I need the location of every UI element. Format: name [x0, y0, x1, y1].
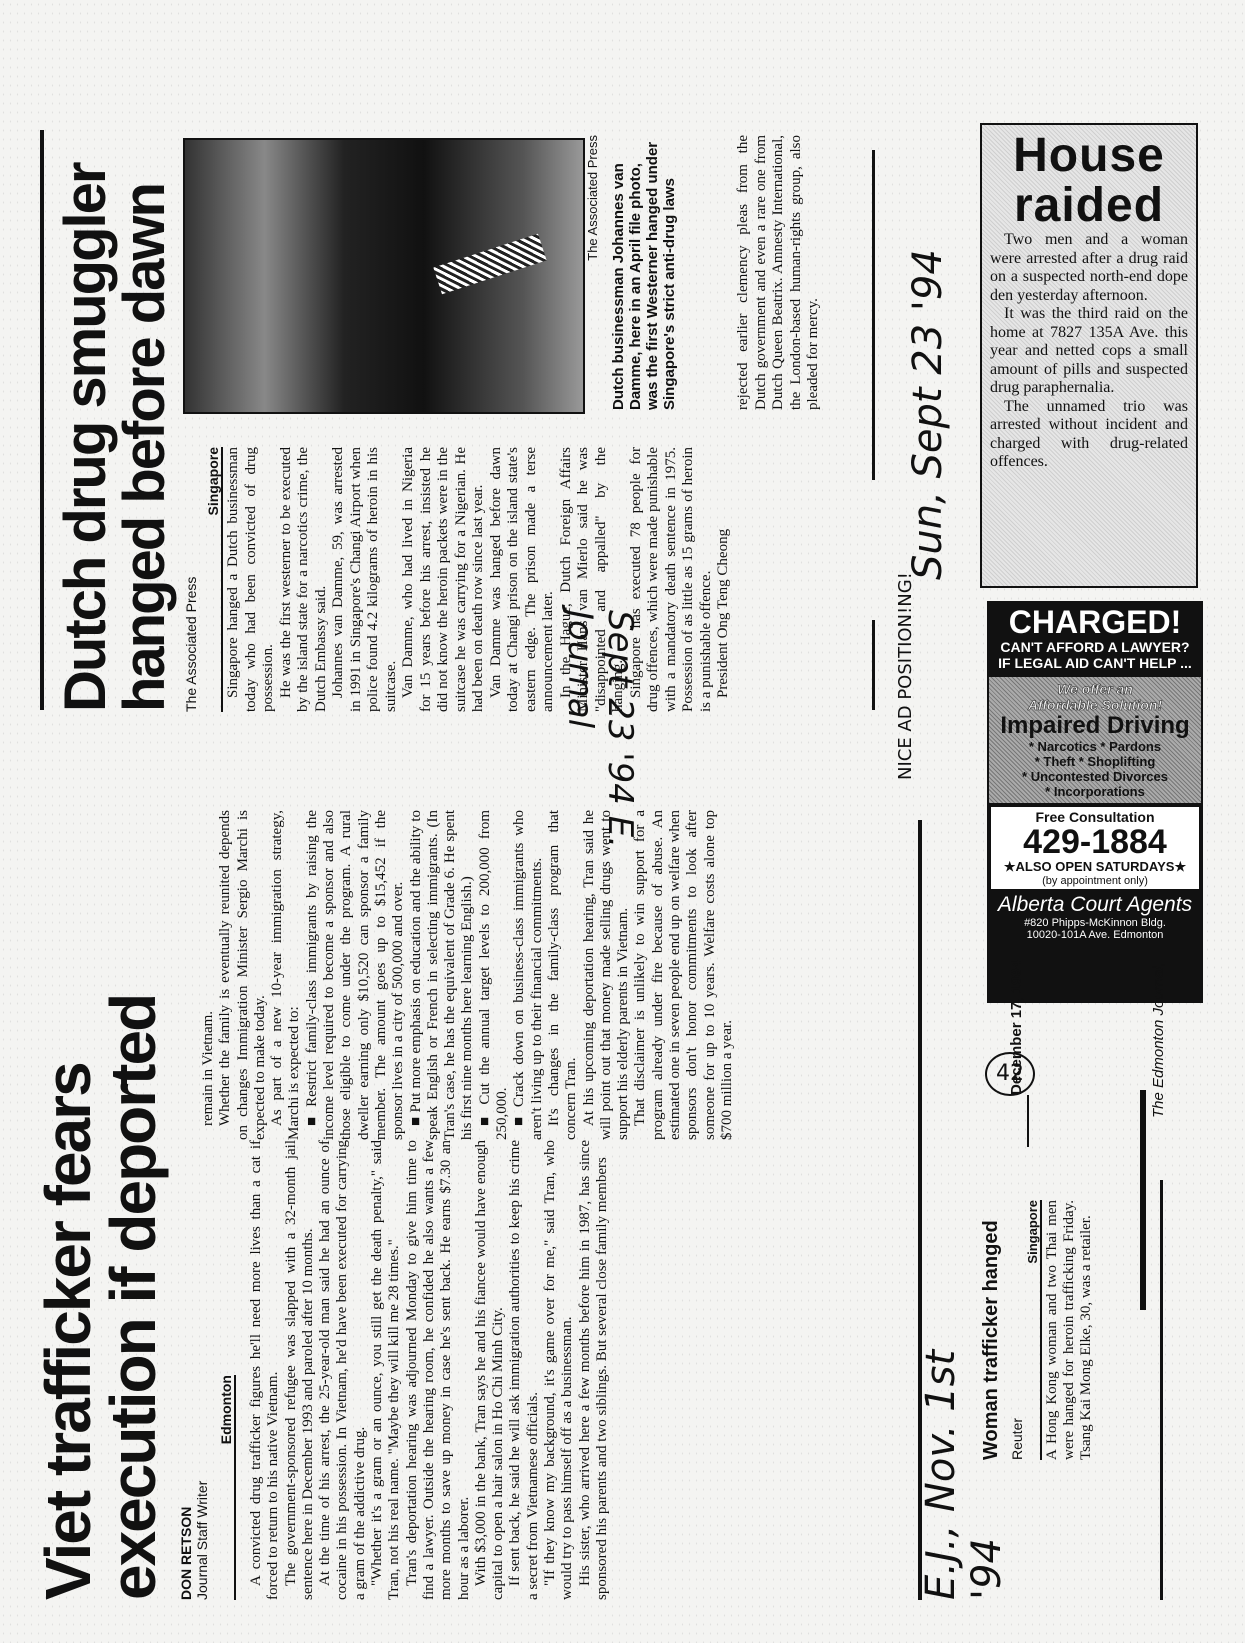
ad-saturdays: ★ALSO OPEN SATURDAYS★	[991, 859, 1199, 875]
ad-services-panel: We offer an Affordable Solution! Impaire…	[989, 677, 1201, 803]
woman-dateline: Singapore	[1025, 1200, 1042, 1460]
column-rule	[872, 150, 875, 480]
viet-headline-line2: execution if deported	[103, 840, 164, 1600]
paragraph: ■ Put more emphasis on education and the…	[408, 810, 477, 1140]
ad-phone: 429-1884	[991, 825, 1199, 859]
paragraph: If sent back, he said he will ask immigr…	[507, 1140, 542, 1600]
ad-services-row: * Theft * Shoplifting	[991, 754, 1199, 769]
handwritten-text: Sun, Sept 23 '94	[905, 220, 951, 580]
paragraph: Singapore has executed 78 people for dru…	[628, 447, 716, 712]
van-damme-photo	[183, 138, 585, 414]
handwritten-note-viet: E.J., Nov. 1st '94	[918, 1280, 1010, 1600]
viet-author: DON RETSON	[178, 1140, 194, 1600]
viet-column-2-text: remain in Vietnam. Whether the family is…	[200, 810, 736, 1140]
paragraph: It was the third raid on the home at 782…	[990, 305, 1188, 398]
paragraph: Van Damme was hanged before dawn today a…	[488, 447, 558, 712]
paragraph: A convicted drug trafficker figures he'l…	[248, 1140, 283, 1600]
paragraph: His sister, who arrived here a few month…	[577, 1140, 612, 1600]
ad-service-main: Impaired Driving	[991, 713, 1199, 739]
viet-body: Edmonton	[218, 1140, 236, 1600]
photo-caption: Dutch businessman Johannes van Damme, he…	[610, 135, 678, 410]
ad-services-row: * Incorporations	[991, 784, 1199, 799]
handwritten-text: Sept 23 '94 E. Journal	[560, 610, 640, 910]
ad-company: Alberta Court Agents	[987, 893, 1203, 917]
ad-contact-panel: Free Consultation 429-1884 ★ALSO OPEN SA…	[991, 807, 1199, 889]
paragraph: Whether the family is eventually reunite…	[217, 810, 269, 1140]
page-number-circle: 42	[985, 1052, 1035, 1096]
ad-offer-1: We offer an	[991, 681, 1199, 697]
viet-column-1-text: A convicted drug trafficker figures he'l…	[248, 1140, 611, 1600]
dutch-continued-text: rejected earlier clemency pleas from the…	[735, 135, 823, 410]
ad-appointment: (by appointment only)	[991, 875, 1199, 887]
photo-tie-detail	[433, 234, 546, 295]
dutch-headline-line2: hanged before dawn	[117, 132, 172, 712]
paragraph: ■ Crack down on business-class immigrant…	[511, 810, 546, 1140]
paragraph: That disclaimer is unlikely to win suppo…	[632, 810, 736, 1140]
viet-headline-block: Viet trafficker fears execution if depor…	[38, 840, 164, 1600]
ad-services-row: * Narcotics * Pardons	[991, 739, 1199, 754]
paragraph: Singapore hanged a Dutch businessman tod…	[225, 447, 278, 712]
paragraph: The unnamed trio was arrested without in…	[990, 398, 1188, 472]
dutch-photo-caption-block: The Associated Press Dutch businessman J…	[585, 135, 678, 410]
handwritten-text: E.J., Nov. 1st '94	[918, 1280, 1010, 1600]
paragraph: "If they know my background, it's game o…	[542, 1140, 577, 1600]
dutch-byline: The Associated Press	[183, 447, 199, 712]
column-rule	[1140, 1090, 1146, 1310]
paragraph: President Ong Teng Cheong	[715, 447, 733, 712]
viet-headline-line1: Viet trafficker fears	[38, 840, 99, 1600]
paragraph: The government-sponsored refugee was sla…	[283, 1140, 318, 1600]
paragraph: At the time of his arrest, the 25-year-o…	[317, 1140, 369, 1600]
house-raided-headline: House raided	[990, 131, 1188, 231]
paragraph: Two men and a woman were arrested after …	[990, 231, 1188, 305]
publication-name-block: The Edmonton Journal,	[1150, 938, 1167, 1118]
dutch-dateline: Singapore	[205, 447, 223, 712]
dutch-headline-block: Dutch drug smuggler hanged before dawn	[58, 132, 172, 712]
paragraph: "Whether it's a gram or an ounce, you st…	[369, 1140, 404, 1600]
viet-column-1: A convicted drug trafficker figures he'l…	[248, 1140, 611, 1600]
paragraph: Van Damme, who had lived in Nigeria for …	[400, 447, 488, 712]
paragraph: As part of a new 10-year immigration str…	[269, 810, 304, 1140]
column-rule	[872, 620, 875, 710]
dutch-headline-line1: Dutch drug smuggler	[58, 132, 113, 712]
ad-line-1: CAN'T AFFORD A LAWYER?	[987, 639, 1203, 655]
handwritten-note-house: Sun, Sept 23 '94	[905, 220, 951, 580]
column-rule	[1027, 1095, 1029, 1147]
publication-name: The Edmonton Journal,	[1150, 938, 1167, 1118]
ad-services-row: * Uncontested Divorces	[991, 769, 1199, 784]
photo-credit: The Associated Press	[585, 135, 600, 410]
viet-byline-block: DON RETSON Journal Staff Writer	[178, 1140, 210, 1600]
viet-column-2: remain in Vietnam. Whether the family is…	[200, 810, 736, 1140]
column-rule	[1160, 1180, 1163, 1600]
paragraph: He was the first westerner to be execute…	[278, 447, 331, 712]
house-raided-brief: House raided Two men and a woman were ar…	[980, 123, 1198, 588]
dutch-byline-block: The Associated Press	[183, 447, 199, 712]
handwritten-note-dutch: Sept 23 '94 E. Journal	[560, 610, 640, 910]
paragraph: Johannes van Damme, 59, was arrested in …	[330, 447, 400, 712]
woman-body: A Hong Kong woman and two Thai men were …	[1044, 1200, 1095, 1460]
paragraph: With $3,000 in the bank, Tran says he an…	[473, 1140, 508, 1600]
ad-line-2: IF LEGAL AID CAN'T HELP ...	[987, 655, 1203, 671]
column-rule	[40, 130, 44, 710]
paragraph: Tran's deportation hearing was adjourned…	[404, 1140, 473, 1600]
dutch-body: Singapore Singapore hanged a Dutch busin…	[205, 447, 733, 712]
paragraph: ■ Cut the annual target levels to 200,00…	[477, 810, 512, 1140]
dutch-column-3: rejected earlier clemency pleas from the…	[735, 135, 823, 410]
woman-byline: Reuter	[1009, 1200, 1025, 1460]
dutch-column-1: Singapore hanged a Dutch businessman tod…	[225, 447, 733, 712]
ad-headline: CHARGED!	[987, 605, 1203, 639]
paragraph: remain in Vietnam.	[200, 810, 217, 1140]
viet-author-title: Journal Staff Writer	[194, 1140, 210, 1600]
ad-offer-2: Affordable Solution!	[991, 697, 1199, 713]
paragraph: ■ Restrict family-class immigrants by ra…	[304, 810, 408, 1140]
viet-dateline: Edmonton	[218, 1375, 236, 1600]
